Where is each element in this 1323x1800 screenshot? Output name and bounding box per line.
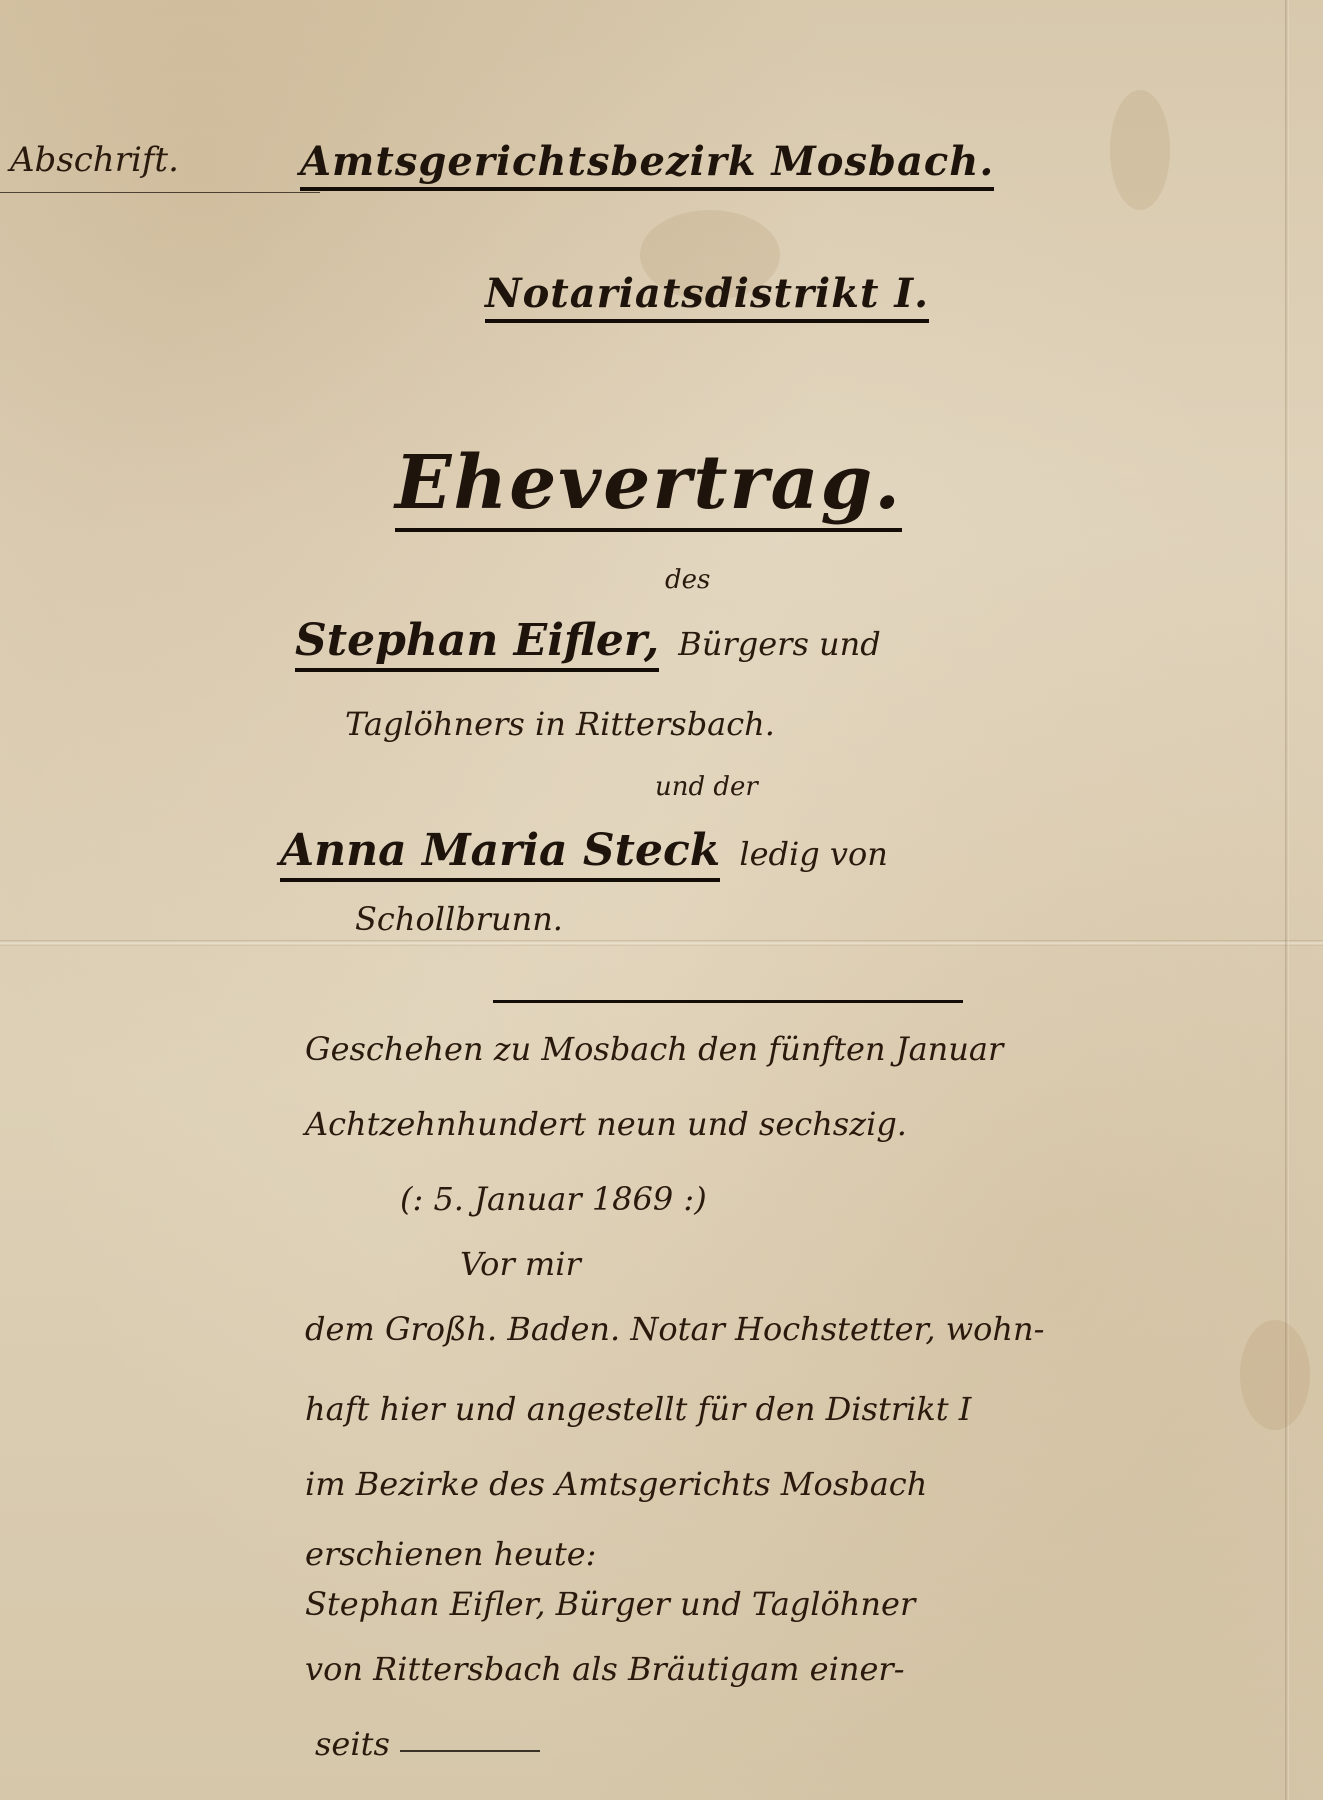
bride-description-1: ledig von	[739, 835, 888, 873]
margin-note: Abschrift.	[10, 140, 179, 180]
paper-fold-horizontal	[0, 940, 1323, 946]
district-heading: Amtsgerichtsbezirk Mosbach.	[300, 138, 994, 185]
body-line-1: Geschehen zu Mosbach den fünften Januar	[305, 1030, 1003, 1068]
document-title-text: Ehevertrag.	[395, 440, 902, 532]
body-line-9: Stephan Eifler, Bürger und Taglöhner	[305, 1585, 915, 1623]
bride-name: Anna Maria Steck	[280, 825, 720, 882]
body-line-date: (: 5. Januar 1869 :)	[400, 1180, 707, 1218]
body-line-6: haft hier und angestellt für den Distrik…	[305, 1390, 971, 1428]
body-line-8: erschienen heute:	[305, 1535, 596, 1573]
bride-line: Anna Maria Steck ledig von	[280, 825, 888, 876]
body-line-11: seits	[315, 1725, 390, 1763]
notary-district-text: Notariatsdistrikt I.	[485, 270, 929, 323]
connector-und-der: und der	[655, 772, 758, 802]
groom-name: Stephan Eifler,	[295, 615, 659, 672]
connector-des: des	[665, 565, 710, 595]
body-line-5: dem Großh. Baden. Notar Hochstetter, woh…	[305, 1310, 1044, 1348]
groom-description-1: Bürgers und	[678, 625, 880, 663]
body-line-2: Achtzehnhundert neun und sechszig.	[305, 1105, 907, 1143]
body-line-10: von Rittersbach als Bräutigam einer-	[305, 1650, 905, 1688]
notary-district-heading: Notariatsdistrikt I.	[485, 270, 929, 317]
section-divider	[493, 1000, 963, 1003]
body-line-7: im Bezirke des Amtsgerichts Mosbach	[305, 1465, 927, 1503]
paper-stain	[1110, 90, 1170, 210]
district-heading-text: Amtsgerichtsbezirk Mosbach.	[300, 138, 994, 191]
bride-description-2: Schollbrunn.	[355, 900, 563, 938]
groom-line: Stephan Eifler, Bürgers und	[295, 615, 881, 666]
body-line-vor-mir: Vor mir	[460, 1245, 581, 1283]
groom-description-2: Taglöhners in Rittersbach.	[345, 705, 775, 743]
document-title: Ehevertrag.	[395, 440, 902, 526]
paper-fold-vertical	[1285, 0, 1289, 1800]
line-end-flourish	[400, 1750, 540, 1752]
margin-note-underline	[0, 192, 320, 193]
paper-stain	[1240, 1320, 1310, 1430]
